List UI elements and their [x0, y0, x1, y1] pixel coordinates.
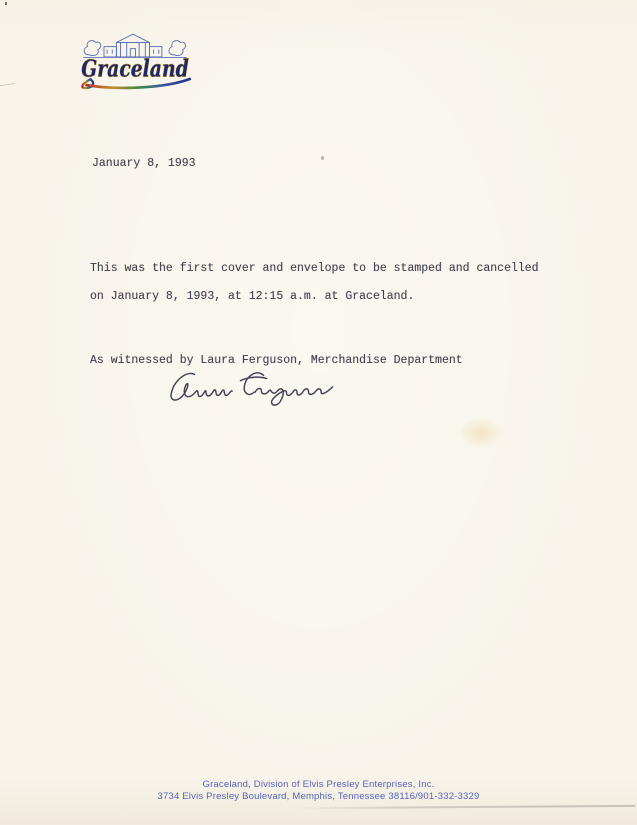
body-line-1: This was the first cover and envelope to…: [90, 262, 539, 276]
paper-background: [0, 0, 637, 825]
signature: [163, 367, 341, 411]
date-line: January 8, 1993: [92, 157, 196, 171]
footer-line-1: Graceland, Division of Elvis Presley Ent…: [0, 779, 637, 791]
footer-line-2: 3734 Elvis Presley Boulevard, Memphis, T…: [0, 791, 637, 803]
footer-imprint: Graceland, Division of Elvis Presley Ent…: [0, 779, 637, 803]
signature-strokes: [163, 367, 341, 411]
graceland-logo: Graceland: [72, 28, 198, 90]
witness-line: As witnessed by Laura Ferguson, Merchand…: [90, 354, 463, 368]
logo-script-text: Graceland: [81, 55, 189, 83]
scan-speck-top: [5, 2, 7, 5]
graceland-logo-art: Graceland: [72, 28, 198, 90]
scan-speck-mid: [321, 156, 324, 160]
paper-smudge: [458, 418, 504, 448]
body-line-2: on January 8, 1993, at 12:15 a.m. at Gra…: [90, 290, 414, 304]
